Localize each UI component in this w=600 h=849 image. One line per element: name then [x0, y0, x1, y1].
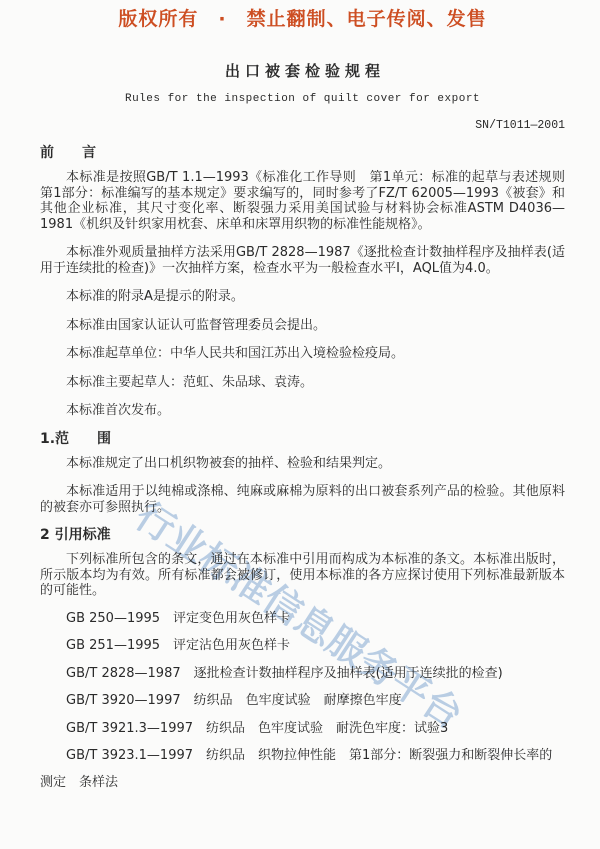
scope-paragraph-2: 本标准适用于以纯棉或涤棉、纯麻或麻棉为原料的出口被套系列产品的检验。其他原料的被… — [40, 484, 565, 515]
foreword-paragraph-3: 本标准的附录A是提示的附录。 — [40, 289, 565, 305]
foreword-paragraph-1: 本标准是按照GB/T 1.1—1993《标准化工作导则 第1单元：标准的起草与表… — [40, 170, 565, 232]
reference-item-gbt3923-1: GB/T 3923.1—1997 纺织品 织物拉伸性能 第1部分：断裂强力和断裂… — [40, 748, 565, 764]
foreword-paragraph-6: 本标准主要起草人：范虹、朱品球、袁涛。 — [40, 375, 565, 391]
document-title-chinese: 出口被套检验规程 — [40, 63, 565, 79]
reference-item-gbt3920: GB/T 3920—1997 纺织品 色牢度试验 耐摩擦色牢度 — [40, 693, 565, 709]
foreword-paragraph-4: 本标准由国家认证认可监督管理委员会提出。 — [40, 318, 565, 334]
standard-number: SN/T1011—2001 — [40, 118, 565, 133]
references-intro: 下列标准所包含的条文，通过在本标准中引用而构成为本标准的条文。本标准出版时，所示… — [40, 552, 565, 599]
document-content: 版权所有 · 禁止翻制、电子传阅、发售 出口被套检验规程 Rules for t… — [0, 0, 600, 790]
references-heading: 2 引用标准 — [40, 527, 565, 543]
reference-item-gb250: GB 250—1995 评定变色用灰色样卡 — [40, 611, 565, 627]
copyright-notice: 版权所有 · 禁止翻制、电子传阅、发售 — [40, 8, 565, 30]
reference-item-gbt3921-3: GB/T 3921.3—1997 纺织品 色牢度试验 耐洗色牢度：试验3 — [40, 721, 565, 737]
foreword-paragraph-2: 本标准外观质量抽样方法采用GB/T 2828—1987《逐批检查计数抽样程序及抽… — [40, 245, 565, 276]
foreword-heading: 前 言 — [40, 145, 565, 161]
foreword-paragraph-7: 本标准首次发布。 — [40, 403, 565, 419]
document-page: 行业标准信息服务平台 版权所有 · 禁止翻制、电子传阅、发售 出口被套检验规程 … — [0, 0, 600, 849]
document-title-english: Rules for the inspection of quilt cover … — [40, 92, 565, 107]
reference-item-gbt2828: GB/T 2828—1987 逐批检查计数抽样程序及抽样表(适用于连续批的检查) — [40, 666, 565, 682]
foreword-paragraph-5: 本标准起草单位：中华人民共和国江苏出入境检验检疫局。 — [40, 346, 565, 362]
scope-heading: 1.范 围 — [40, 431, 565, 447]
scope-paragraph-1: 本标准规定了出口机织物被套的抽样、检验和结果判定。 — [40, 456, 565, 472]
reference-item-gb251: GB 251—1995 评定沾色用灰色样卡 — [40, 638, 565, 654]
reference-continuation: 测定 条样法 — [40, 775, 565, 791]
